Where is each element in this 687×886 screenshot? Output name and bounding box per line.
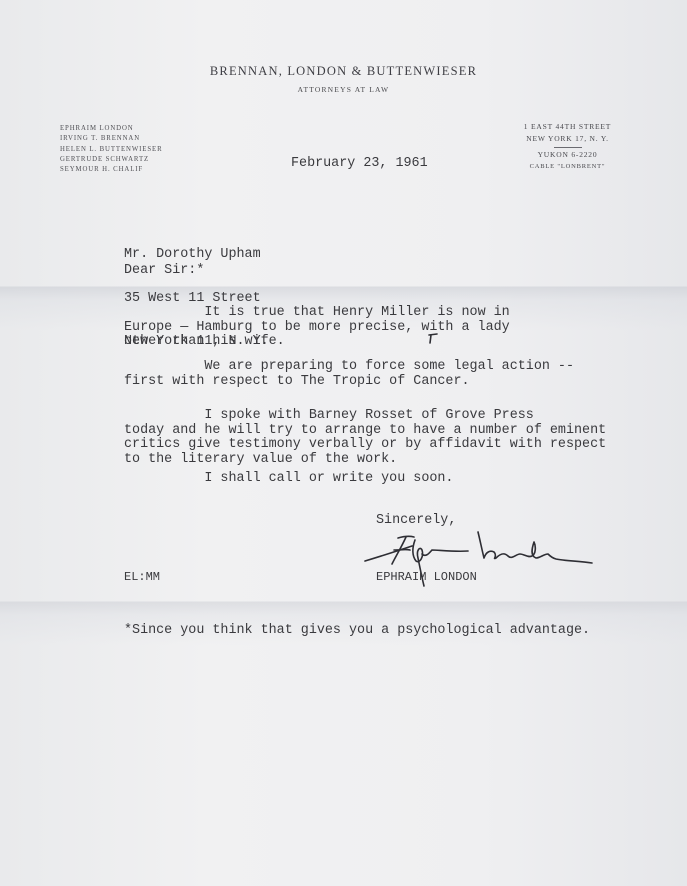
salutation: Dear Sir:* — [124, 264, 204, 279]
letter-date: February 23, 1961 — [291, 157, 428, 172]
paragraph: I spoke with Barney Rosset of Grove Pres… — [124, 409, 606, 467]
paragraph: It is true that Henry Miller is now in E… — [124, 306, 510, 350]
partner-name: Gertrude Schwartz — [60, 155, 163, 165]
partner-name: Helen L. Buttenwieser — [60, 145, 163, 155]
address-street: 1 East 44th Street — [505, 121, 630, 133]
signer-name: EPHRAIM LONDON — [376, 570, 477, 585]
address-cable: Cable "Lonbrent" — [505, 161, 630, 172]
address-phone: YUkon 6-2220 — [505, 149, 630, 161]
recipient-line: Mr. Dorothy Upham — [124, 248, 269, 263]
firm-address: 1 East 44th Street New York 17, N. Y. YU… — [505, 121, 630, 172]
paragraph: I shall call or write you soon. — [124, 472, 453, 487]
address-city: New York 17, N. Y. — [505, 133, 630, 145]
recipient-line: 35 West 11 Street — [124, 292, 269, 307]
partner-name: Ephraim London — [60, 124, 163, 134]
closing: Sincerely, — [376, 514, 456, 529]
partner-name: Seymour H. Chalif — [60, 165, 163, 175]
partner-name: Irving T. Brennan — [60, 134, 163, 144]
footnote: *Since you think that gives you a psycho… — [124, 624, 590, 639]
typist-initials: EL:MM — [124, 570, 160, 585]
address-divider — [554, 147, 582, 148]
firm-name: Brennan, London & Buttenwieser — [0, 64, 687, 79]
firm-subtitle: Attorneys at Law — [0, 85, 687, 94]
partner-list: Ephraim London Irving T. Brennan Helen L… — [60, 124, 163, 175]
paragraph: We are preparing to force some legal act… — [124, 360, 574, 389]
